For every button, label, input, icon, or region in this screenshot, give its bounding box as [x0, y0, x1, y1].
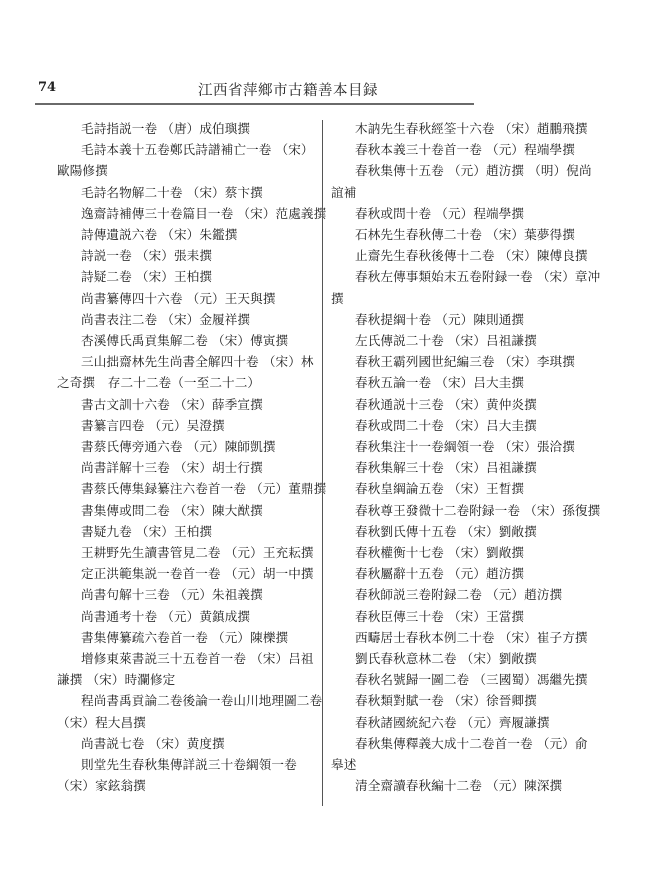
entry-line: 春秋皇綱論五卷 （宋）王晳撰 — [331, 478, 601, 499]
catalog-entry: 春秋或問二十卷 （宋）吕大圭撰 — [331, 415, 601, 436]
entry-line: 春秋集注十一卷綱領一卷 （宋）張洽撰 — [331, 436, 601, 457]
catalog-entry: 尚書表注二卷 （宋）金履祥撰 — [57, 309, 315, 330]
entry-line: 春秋諸國統紀六卷 （元）齊履謙撰 — [331, 712, 601, 733]
entry-line: 春秋權衡十七卷 （宋）劉敞撰 — [331, 542, 601, 563]
entry-line: 春秋或問十卷 （元）程端學撰 — [331, 203, 601, 224]
entry-line: 書蔡氏傳集録纂注六卷首一卷 （元）董鼎撰 — [57, 478, 315, 499]
entry-line: 尚書句解十三卷 （元）朱祖義撰 — [57, 584, 315, 605]
entry-continuation-line: 撰 — [331, 288, 601, 309]
entry-line: 春秋五論一卷 （宋）吕大圭撰 — [331, 372, 601, 393]
entry-line: 清全齋讀春秋編十二卷 （元）陳深撰 — [331, 775, 601, 796]
catalog-entry: 春秋師説三卷附録二卷 （元）趙汸撰 — [331, 584, 601, 605]
catalog-entry: 增修東萊書説三十五卷首一卷 （宋）吕祖謙撰 （宋）時瀾修定 — [57, 648, 315, 690]
catalog-entry: 逸齋詩補傳三十卷篇目一卷 （宋）范處義撰 — [57, 203, 315, 224]
catalog-entry: 杏溪傅氏禹貢集解二卷 （宋）傅寅撰 — [57, 330, 315, 351]
entry-line: 春秋師説三卷附録二卷 （元）趙汸撰 — [331, 584, 601, 605]
entry-line: 毛詩本義十五卷鄭氏詩譜補亡一卷 （宋） — [57, 139, 315, 160]
entry-line: 書集傳纂疏六卷首一卷 （元）陳櫟撰 — [57, 627, 315, 648]
entry-line: 春秋或問二十卷 （宋）吕大圭撰 — [331, 415, 601, 436]
entry-line: 尚書説七卷 （宋）黄度撰 — [57, 733, 315, 754]
catalog-entry: 毛詩本義十五卷鄭氏詩譜補亡一卷 （宋）歐陽修撰 — [57, 139, 315, 181]
catalog-entry: 左氏傳説二十卷 （宋）吕祖謙撰 — [331, 330, 601, 351]
catalog-entry: 春秋屬辭十五卷 （元）趙汸撰 — [331, 563, 601, 584]
entry-line: 木訥先生春秋經筌十六卷 （宋）趙鵬飛撰 — [331, 118, 601, 139]
catalog-entry: 春秋諸國統紀六卷 （元）齊履謙撰 — [331, 712, 601, 733]
page-header: 74 江西省萍鄉市古籍善本目録 — [38, 80, 474, 102]
entry-line: 春秋左傳事類始末五卷附録一卷 （宋）章冲 — [331, 266, 601, 287]
entry-continuation-line: 歐陽修撰 — [57, 160, 315, 181]
entry-line: 定正洪範集説一卷首一卷 （元）胡一中撰 — [57, 563, 315, 584]
entry-line: 劉氏春秋意林二卷 （宋）劉敞撰 — [331, 648, 601, 669]
right-column: 木訥先生春秋經筌十六卷 （宋）趙鵬飛撰春秋本義三十卷首一卷 （元）程端學撰春秋集… — [331, 118, 601, 797]
catalog-entry: 尚書通考十卷 （元）黄鎮成撰 — [57, 606, 315, 627]
catalog-entry: 毛詩指説一卷 （唐）成伯璵撰 — [57, 118, 315, 139]
catalog-entry: 春秋王霸列國世紀編三卷 （宋）李琪撰 — [331, 351, 601, 372]
page-number: 74 — [38, 80, 56, 95]
catalog-entry: 書纂言四卷 （元）吴澄撰 — [57, 415, 315, 436]
entry-line: 逸齋詩補傳三十卷篇目一卷 （宋）范處義撰 — [57, 203, 315, 224]
catalog-entry: 止齋先生春秋後傳十二卷 （宋）陳傅良撰 — [331, 245, 601, 266]
entry-line: 詩説一卷 （宋）張耒撰 — [57, 245, 315, 266]
catalog-entry: 春秋臣傳三十卷 （宋）王當撰 — [331, 606, 601, 627]
catalog-entry: 書疑九卷 （宋）王柏撰 — [57, 521, 315, 542]
entry-line: 春秋通説十三卷 （宋）黄仲炎撰 — [331, 394, 601, 415]
entry-line: 詩疑二卷 （宋）王柏撰 — [57, 266, 315, 287]
entry-line: 春秋屬辭十五卷 （元）趙汸撰 — [331, 563, 601, 584]
catalog-entry: 木訥先生春秋經筌十六卷 （宋）趙鵬飛撰 — [331, 118, 601, 139]
entry-line: 書蔡氏傳旁通六卷 （元）陳師凱撰 — [57, 436, 315, 457]
entry-line: 書纂言四卷 （元）吴澄撰 — [57, 415, 315, 436]
catalog-entry: 春秋集傳十五卷 （元）趙汸撰 （明）倪尚誼補 — [331, 160, 601, 202]
catalog-entry: 尚書詳解十三卷 （宋）胡士行撰 — [57, 457, 315, 478]
entry-line: 春秋提綱十卷 （元）陳則通撰 — [331, 309, 601, 330]
entry-line: 尚書纂傳四十六卷 （元）王天與撰 — [57, 288, 315, 309]
catalog-entry: 三山拙齋林先生尚書全解四十卷 （宋）林之奇撰 存二十二卷（一至二十二） — [57, 351, 315, 393]
catalog-entry: 王耕野先生讀書管見二卷 （元）王充耘撰 — [57, 542, 315, 563]
catalog-entry: 春秋名號歸一圖二卷 （三國蜀）馮繼先撰 — [331, 669, 601, 690]
entry-line: 毛詩指説一卷 （唐）成伯璵撰 — [57, 118, 315, 139]
entry-continuation-line: （宋）程大昌撰 — [57, 712, 315, 733]
catalog-entry: 春秋尊王發微十二卷附録一卷 （宋）孫復撰 — [331, 500, 601, 521]
catalog-entry: 程尚書禹貢論二卷後論一卷山川地理圖二卷（宋）程大昌撰 — [57, 690, 315, 732]
entry-continuation-line: 誼補 — [331, 182, 601, 203]
entry-line: 書集傳或問二卷 （宋）陳大猷撰 — [57, 500, 315, 521]
entry-continuation-line: 皋述 — [331, 754, 601, 775]
catalog-entry: 書古文訓十六卷 （宋）薛季宣撰 — [57, 394, 315, 415]
catalog-entry: 春秋皇綱論五卷 （宋）王晳撰 — [331, 478, 601, 499]
catalog-entry: 劉氏春秋意林二卷 （宋）劉敞撰 — [331, 648, 601, 669]
entry-continuation-line: 謙撰 （宋）時瀾修定 — [57, 669, 315, 690]
catalog-entry: 書蔡氏傳旁通六卷 （元）陳師凱撰 — [57, 436, 315, 457]
catalog-entry: 春秋類對賦一卷 （宋）徐晉卿撰 — [331, 690, 601, 711]
entry-line: 則堂先生春秋集傳詳説三十卷綱領一卷 — [57, 754, 315, 775]
entry-line: 春秋臣傳三十卷 （宋）王當撰 — [331, 606, 601, 627]
left-column: 毛詩指説一卷 （唐）成伯璵撰毛詩本義十五卷鄭氏詩譜補亡一卷 （宋）歐陽修撰毛詩名… — [57, 118, 315, 797]
catalog-entry: 書蔡氏傳集録纂注六卷首一卷 （元）董鼎撰 — [57, 478, 315, 499]
catalog-entry: 春秋左傳事類始末五卷附録一卷 （宋）章冲撰 — [331, 266, 601, 308]
catalog-entry: 詩説一卷 （宋）張耒撰 — [57, 245, 315, 266]
catalog-entry: 春秋集注十一卷綱領一卷 （宋）張洽撰 — [331, 436, 601, 457]
entry-line: 書古文訓十六卷 （宋）薛季宣撰 — [57, 394, 315, 415]
catalog-entry: 尚書纂傳四十六卷 （元）王天與撰 — [57, 288, 315, 309]
entry-line: 石林先生春秋傳二十卷 （宋）葉夢得撰 — [331, 224, 601, 245]
entry-line: 春秋集傳十五卷 （元）趙汸撰 （明）倪尚 — [331, 160, 601, 181]
entry-line: 左氏傳説二十卷 （宋）吕祖謙撰 — [331, 330, 601, 351]
catalog-entry: 春秋五論一卷 （宋）吕大圭撰 — [331, 372, 601, 393]
catalog-entry: 則堂先生春秋集傳詳説三十卷綱領一卷（宋）家鉉翁撰 — [57, 754, 315, 796]
entry-line: 程尚書禹貢論二卷後論一卷山川地理圖二卷 — [57, 690, 315, 711]
entry-line: 春秋本義三十卷首一卷 （元）程端學撰 — [331, 139, 601, 160]
catalog-entry: 春秋本義三十卷首一卷 （元）程端學撰 — [331, 139, 601, 160]
entry-line: 尚書通考十卷 （元）黄鎮成撰 — [57, 606, 315, 627]
header-rule — [35, 103, 474, 105]
entry-line: 春秋集解三十卷 （宋）吕祖謙撰 — [331, 457, 601, 478]
entry-line: 尚書詳解十三卷 （宋）胡士行撰 — [57, 457, 315, 478]
entry-continuation-line: 之奇撰 存二十二卷（一至二十二） — [57, 372, 315, 393]
catalog-entry: 春秋或問十卷 （元）程端學撰 — [331, 203, 601, 224]
entry-line: 春秋集傳釋義大成十二卷首一卷 （元）俞 — [331, 733, 601, 754]
catalog-entry: 清全齋讀春秋編十二卷 （元）陳深撰 — [331, 775, 601, 796]
catalog-entry: 書集傳纂疏六卷首一卷 （元）陳櫟撰 — [57, 627, 315, 648]
catalog-entry: 尚書説七卷 （宋）黄度撰 — [57, 733, 315, 754]
catalog-entry: 書集傳或問二卷 （宋）陳大猷撰 — [57, 500, 315, 521]
entry-line: 春秋尊王發微十二卷附録一卷 （宋）孫復撰 — [331, 500, 601, 521]
entry-line: 春秋王霸列國世紀編三卷 （宋）李琪撰 — [331, 351, 601, 372]
catalog-entry: 春秋權衡十七卷 （宋）劉敞撰 — [331, 542, 601, 563]
entry-line: 三山拙齋林先生尚書全解四十卷 （宋）林 — [57, 351, 315, 372]
entry-line: 春秋類對賦一卷 （宋）徐晉卿撰 — [331, 690, 601, 711]
catalog-entry: 春秋劉氏傳十五卷 （宋）劉敞撰 — [331, 521, 601, 542]
catalog-entry: 石林先生春秋傳二十卷 （宋）葉夢得撰 — [331, 224, 601, 245]
entry-continuation-line: （宋）家鉉翁撰 — [57, 775, 315, 796]
catalog-entry: 定正洪範集説一卷首一卷 （元）胡一中撰 — [57, 563, 315, 584]
catalog-entry: 春秋提綱十卷 （元）陳則通撰 — [331, 309, 601, 330]
entry-line: 毛詩名物解二十卷 （宋）蔡卞撰 — [57, 182, 315, 203]
entry-line: 尚書表注二卷 （宋）金履祥撰 — [57, 309, 315, 330]
entry-line: 杏溪傅氏禹貢集解二卷 （宋）傅寅撰 — [57, 330, 315, 351]
catalog-entry: 詩疑二卷 （宋）王柏撰 — [57, 266, 315, 287]
entry-line: 書疑九卷 （宋）王柏撰 — [57, 521, 315, 542]
catalog-entry: 尚書句解十三卷 （元）朱祖義撰 — [57, 584, 315, 605]
entry-line: 西疇居士春秋本例二十卷 （宋）崔子方撰 — [331, 627, 601, 648]
entry-line: 春秋名號歸一圖二卷 （三國蜀）馮繼先撰 — [331, 669, 601, 690]
catalog-entry: 西疇居士春秋本例二十卷 （宋）崔子方撰 — [331, 627, 601, 648]
catalog-entry: 春秋集傳釋義大成十二卷首一卷 （元）俞皋述 — [331, 733, 601, 775]
entry-line: 王耕野先生讀書管見二卷 （元）王充耘撰 — [57, 542, 315, 563]
running-title: 江西省萍鄉市古籍善本目録 — [198, 79, 378, 100]
catalog-entry: 毛詩名物解二十卷 （宋）蔡卞撰 — [57, 182, 315, 203]
catalog-entry: 詩傳遺説六卷 （宋）朱鑑撰 — [57, 224, 315, 245]
catalog-entry: 春秋通説十三卷 （宋）黄仲炎撰 — [331, 394, 601, 415]
entry-line: 增修東萊書説三十五卷首一卷 （宋）吕祖 — [57, 648, 315, 669]
catalog-entry: 春秋集解三十卷 （宋）吕祖謙撰 — [331, 457, 601, 478]
entry-line: 春秋劉氏傳十五卷 （宋）劉敞撰 — [331, 521, 601, 542]
entry-line: 止齋先生春秋後傳十二卷 （宋）陳傅良撰 — [331, 245, 601, 266]
column-divider — [322, 120, 323, 806]
entry-line: 詩傳遺説六卷 （宋）朱鑑撰 — [57, 224, 315, 245]
